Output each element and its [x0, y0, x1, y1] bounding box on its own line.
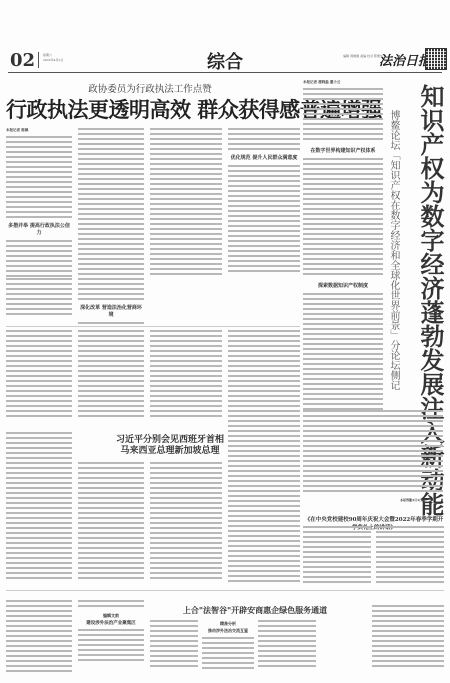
story-column: [78, 462, 144, 582]
story-column: [258, 620, 316, 670]
story-column: [6, 330, 72, 420]
divider: [6, 590, 444, 591]
middle-headline: 习近平分别会见西班牙首相 马来西亚总理新加坡总理: [100, 435, 240, 457]
body-text: [78, 278, 144, 300]
story-column: [303, 526, 371, 586]
feature-column-bottom: [303, 410, 443, 495]
body-text: [78, 629, 144, 664]
feature-credit: 本报博鳌4月1日电: [400, 498, 425, 502]
lead-subhead-1: 多措并举 提高行政执法公信力: [6, 222, 72, 236]
body-text: [303, 158, 383, 278]
masthead: 02 星期六 2022年4月2日 综合 编辑 周晓刚 美编 校对 陈维华 法治日…: [8, 48, 442, 73]
feature-subhead-2: 探索数据知识产权制度: [303, 282, 383, 289]
story-column: [372, 605, 444, 670]
lead-headline: 行政执法更透明高效 群众获得感普遍增强: [6, 94, 300, 124]
lead-kicker: 政协委员为行政执法工作点赞: [0, 81, 300, 95]
body-text: [303, 88, 383, 143]
story-column: [150, 330, 222, 420]
lead-column-1: 本报记者 陈佩 多措并举 提高行政执法公信力: [6, 128, 72, 278]
body-text: [228, 128, 300, 150]
feature-byline: 本报记者 蒲晓磊 董小云: [303, 80, 383, 85]
editors-credit: 编辑 周晓刚 美编 校对 陈维华: [343, 54, 383, 59]
lead-column-2b: 深化改革 营造法治化营商环境: [78, 278, 144, 326]
newspaper-page: 02 星期六 2022年4月2日 综合 编辑 周晓刚 美编 校对 陈维华 法治日…: [0, 0, 450, 683]
newspaper-logo: 法治日报: [379, 50, 431, 69]
story-column: [228, 420, 300, 582]
left-bottom-sidebar: 编辑文前 建设涉外法治产业聚集区: [78, 600, 144, 675]
bottom-headline: 上合"法智谷"开辟安商惠企绿色服务通道: [150, 605, 360, 616]
middle-headline-line2: 马来西亚总理新加坡总理: [100, 446, 240, 457]
divider: [6, 326, 300, 327]
story-column: [78, 330, 144, 420]
body-text: [6, 600, 72, 675]
body-text: [202, 637, 254, 670]
body-text: [78, 600, 144, 610]
story-column: [150, 462, 222, 582]
story-column: [150, 620, 198, 670]
body-text: [303, 293, 383, 410]
middle-headline-line1: 习近平分别会见西班牙首相: [100, 435, 240, 446]
lead-subhead-2: 优化规范 提升人民群众满意度: [228, 154, 300, 161]
feature-subheadline: 博鳌论坛「知识产权在数字经济和全球化世界前景」分论坛侧记: [385, 110, 399, 390]
story-column: [6, 432, 72, 582]
story-column: [376, 526, 444, 586]
lead-subhead-3: 深化改革 营造法治化营商环境: [78, 304, 144, 318]
lead-column-4: 优化规范 提升人民群众满意度: [228, 128, 300, 278]
qr-code-icon: [426, 49, 446, 69]
feature-columns: 本报记者 蒲晓磊 董小云 在数字世界构建知识产权体系 探索数据知识产权制度: [303, 80, 383, 410]
lead-byline: 本报记者 陈佩: [6, 128, 72, 133]
body-text: [6, 240, 72, 278]
story-column: [228, 330, 300, 420]
lead-column-3: [150, 128, 222, 278]
section-title: 综合: [8, 48, 442, 74]
lead-column-2: [78, 128, 144, 278]
body-text: [6, 136, 72, 218]
bottom-sidebar-label: 精准分析: [202, 621, 254, 627]
body-text: [228, 165, 300, 275]
feature-subhead-1: 在数字世界构建知识产权体系: [303, 147, 383, 154]
lead-column-1b: [6, 278, 72, 318]
bottom-sidebar-title: 推动涉外法治交流互鉴: [202, 628, 254, 634]
body-text: [150, 128, 222, 278]
left-bottom-label: 编辑文前: [78, 613, 144, 619]
left-bottom-column: [6, 600, 72, 675]
left-bottom-title: 建设涉外法治产业聚集区: [78, 620, 144, 626]
bottom-sidebar: 精准分析 推动涉外法治交流互鉴: [202, 620, 254, 670]
